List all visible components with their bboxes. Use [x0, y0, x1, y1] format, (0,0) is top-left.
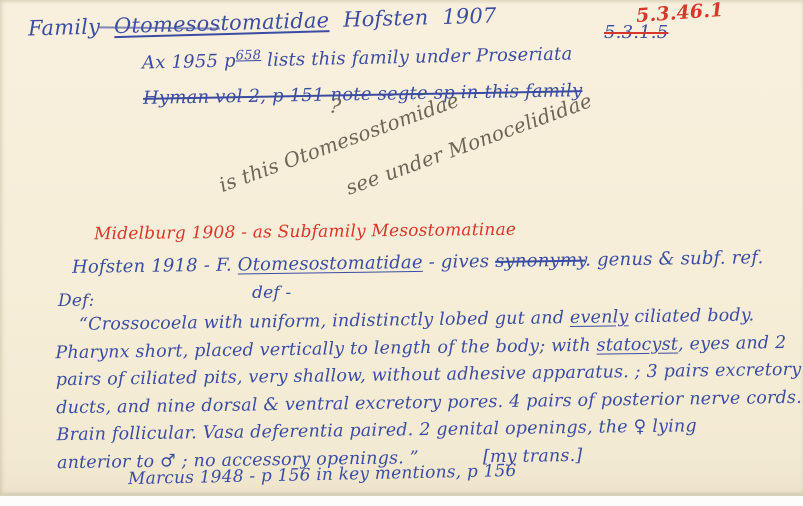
hofsten-1918-note: Hofsten 1918 - F. Otomesostomatidae - gi… [72, 247, 764, 278]
definition-text: “Crossocoela with uniform, indistinctly … [55, 302, 803, 477]
definition-line1-post: ciliated body. [628, 305, 754, 327]
hofsten-struck-word: synonymy [495, 250, 585, 272]
family-label: Family [28, 15, 101, 41]
hofsten-taxon-name: Otomesostomatidae [238, 252, 423, 276]
definition-line2-underlined: statocyst [596, 334, 678, 355]
definition-label: Def: [58, 291, 95, 311]
definition-inserted-label: def - [252, 283, 291, 303]
hofsten-note-mid: - gives [423, 251, 496, 273]
ax-note-page-superscript: 658 [236, 48, 262, 64]
index-card: Family Otomesostomatidae Hofsten 1907 5.… [0, 0, 803, 496]
ax-note-pre: Ax 1955 p [142, 51, 236, 74]
family-author-year: Hofsten 1907 [343, 3, 497, 31]
definition-line1-pre: “Crossocoela with uniform, indistinctly … [79, 308, 570, 335]
family-taxon-name: Otomesostomatidae [114, 8, 330, 38]
question-mark-annotation: ? [328, 93, 342, 118]
definition-line2-pre: Pharynx short, placed vertically to leng… [55, 335, 596, 363]
family-title: Family Otomesostomatidae Hofsten 1907 [28, 3, 497, 40]
hofsten-note-pre: Hofsten 1918 - F. [72, 255, 238, 278]
midelburg-1908-note: Midelburg 1908 - as Subfamily Mesostomat… [94, 220, 516, 244]
catalog-number-old: 5.3.1.5 [604, 22, 668, 43]
definition-line1-underlined: evenly [570, 307, 629, 328]
definition-line2-post: , eyes and 2 [678, 333, 787, 355]
hofsten-note-post: . genus & subf. ref. [585, 247, 764, 270]
